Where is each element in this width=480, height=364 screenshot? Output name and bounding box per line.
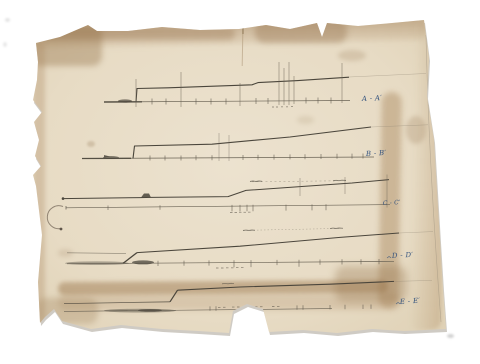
profile-step xyxy=(170,290,178,302)
scanned-drawing-sheet: A - A′ B - B′ xyxy=(0,0,480,364)
pencil-arc-doodle xyxy=(47,206,63,229)
datum-extension xyxy=(394,280,432,281)
section-e-profile: E - E′ xyxy=(64,280,432,312)
level-dashed-line xyxy=(252,181,338,182)
profile-left-faint xyxy=(67,253,126,254)
datum-extension xyxy=(371,125,428,127)
profile-left xyxy=(64,302,170,304)
ground-profile-line xyxy=(62,180,389,199)
ground-profile-line xyxy=(133,127,371,159)
scan-speck xyxy=(3,42,7,47)
scan-speck xyxy=(447,334,454,338)
ground-profile-line xyxy=(137,233,399,253)
ground-profile-line xyxy=(178,281,395,290)
section-b-profile: B - B′ xyxy=(82,125,428,161)
section-c-profile: C - C′ xyxy=(62,175,401,213)
handwritten-annotation xyxy=(222,283,234,284)
section-label-e: E - E′ xyxy=(399,297,421,306)
graphite-smudge-dark xyxy=(138,309,162,312)
pencil-arc-dot xyxy=(60,228,63,231)
section-label-a: A - A′ xyxy=(361,94,383,103)
datum-baseline xyxy=(66,205,390,208)
graphite-smudge-dark xyxy=(132,260,154,264)
station-verticals xyxy=(136,62,342,107)
section-label-d: D - D′ xyxy=(391,251,414,260)
structure-mark xyxy=(141,194,151,198)
level-dashed-line xyxy=(243,228,341,230)
section-label-b: B - B′ xyxy=(365,149,387,158)
datum-extension xyxy=(399,232,433,233)
station-verticals xyxy=(219,133,229,161)
station-verticals xyxy=(300,175,387,208)
scan-speck xyxy=(5,18,10,22)
section-a-profile: A - A′ xyxy=(104,62,426,107)
label-flourish xyxy=(387,257,391,259)
datum-baseline xyxy=(64,309,332,312)
graphite-smudge xyxy=(65,261,129,265)
datum-extension xyxy=(349,74,426,78)
graphite-smudge xyxy=(118,99,132,102)
section-d-profile: D - D′ xyxy=(65,228,433,268)
ground-profile-line xyxy=(136,77,349,102)
section-label-c: C - C′ xyxy=(383,199,401,207)
